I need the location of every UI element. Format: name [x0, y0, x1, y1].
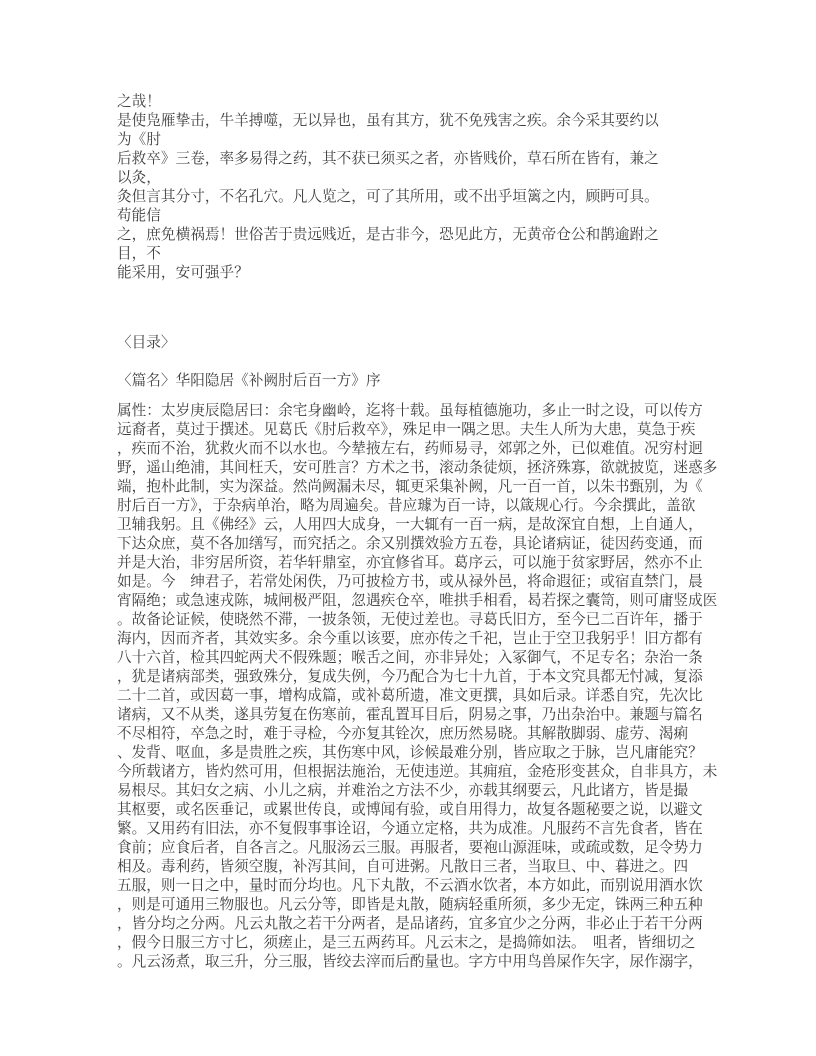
text-line: 灸但言其分寸，不名孔穴。凡人览之，可了其所用，或不出乎垣篱之内，顾眄可具。: [117, 188, 659, 207]
text-line: 其枢要，或名医垂记，或累世传良，或博闻有验，或自用得力，故复各题秘要之说，以避文: [117, 801, 717, 820]
text-line: 卫辅我躬。且《佛经》云，人用四大成身，一大辄有一百一病，是故深宜自想，上自通人，: [117, 516, 717, 535]
section-title-text: 〈篇名〉华阳隐居《补阙肘后百一方》序: [117, 372, 381, 391]
text-line: 以灸，: [117, 169, 659, 188]
text-line: 能采用，安可强乎？: [117, 264, 659, 283]
text-line: 易根尽。其妇女之病、小儿之病，并难治之方法不少，亦载其纲要云，凡此诸方，皆是撮: [117, 782, 717, 801]
text-line: 宵隔绝；或急速戎陈，城闸极严阻，忽遇疾仓卒，唯拱手相看，曷若探之囊笥，则可庸竖成…: [117, 592, 717, 611]
text-line: 。凡云汤煮，取三升，分三服，皆绞去滓而后酌量也。字方中用鸟兽屎作矢字，尿作溺字，: [117, 953, 717, 972]
text-line: 相及。毒利药，皆须空腹，补泻其间，自可进粥。凡散日三者，当取旦、中、暮进之。四: [117, 858, 717, 877]
text-line: 下达众庶，莫不各加缮写，而究括之。余又别撰效验方五卷，具论诸病证，徒因药变通，而: [117, 535, 717, 554]
text-line: 为《肘: [117, 131, 659, 150]
text-line: 是使凫雁挚击，牛羊搏噬，无以异也，虽有其方，犹不免残害之疾。余今采其要约以: [117, 112, 659, 131]
text-line: ，假今日服三方寸匕，须瘥止，是三五两药耳。凡云末之，是捣筛如法。 咀者，皆细切之: [117, 934, 717, 953]
text-line: 今所载诸方，皆灼然可用，但根据法施治，无使违逆。其痈疽，金疮形变甚众，自非具方，…: [117, 763, 717, 782]
text-line: 不尽相符，卒急之时，难于寻检，今亦复其铨次，庶历然易晓。其解散脚弱、虚劳、渴痢: [117, 725, 717, 744]
text-line: 繁。又用药有旧法，亦不复假事事诠诏，今通立定格，共为成准。凡服药不言先食者，皆在: [117, 820, 717, 839]
text-line: 远裔者，莫过于撰述。见葛氏《肘后救卒》，殊足申一隅之思。夫生人所为大患，莫急于疾: [117, 421, 717, 440]
document-page: 之哉！ 是使凫雁挚击，牛羊搏噬，无以异也，虽有其方，犹不免残害之疾。余今采其要约…: [0, 0, 816, 1056]
text-line: 二十二首，或因葛一事，增构成篇，或补葛所遗，准文更撰，具如后录。详悉自究，先次比: [117, 687, 717, 706]
toc-marker: 〈目录〉: [117, 334, 176, 353]
text-line: 诸病，又不从类，遂具劳复在伤寒前，霍乱置耳目后，阴易之事，乃出杂治中。兼题与篇名: [117, 706, 717, 725]
text-line: 属性：太岁庚辰隐居曰：余宅身幽岭，迄将十载。虽每植德施功，多止一时之设，可以传方: [117, 402, 717, 421]
text-line: 海内，因而齐者，其效实多。余今重以该要，庶亦传之千祀，岂止于空卫我躬乎！旧方都有: [117, 630, 717, 649]
text-line: 八十六首，检其四蛇两犬不假殊题；喉舌之间，亦非异处；入冢御气，不足专名；杂治一条: [117, 649, 717, 668]
text-line: 五服，则一日之中，量时而分均也。凡下丸散，不云酒水饮者，本方如此，而别说用酒水饮: [117, 877, 717, 896]
text-line: 端，抱朴此制，实为深益。然尚阙漏未尽，辄更采集补阙，凡一百一首，以朱书甄别，为《: [117, 478, 717, 497]
body-paragraph: 属性：太岁庚辰隐居曰：余宅身幽岭，迄将十载。虽每植德施功，多止一时之设，可以传方…: [117, 402, 717, 972]
text-line: ，犹是诸病部类，强致殊分，复成失例，今乃配合为七十九首，于本文究具都无忖减，复添: [117, 668, 717, 687]
text-line: 食前；应食后者，自各言之。凡服汤云三服。再服者，要袍山源涯味，或疏或数，足令势力: [117, 839, 717, 858]
text-line: 如是。今 绅君子，若常处闲佚，乃可披检方书，或从禄外邑，将命遐征；或宿直禁门，晨: [117, 573, 717, 592]
toc-label: 〈目录〉: [117, 334, 176, 353]
text-line: 。故备论证候，使晓然不滞，一披条领，无使过差也。寻葛氏旧方，至今已二百许年，播于: [117, 611, 717, 630]
text-line: ，则是可通用三物服也。凡云分等，即皆是丸散，随病轻重所须，多少无定，铢两三种五种: [117, 896, 717, 915]
text-line: 、发背、呕血，多是贵胜之疾，其伤寒中风，诊候最难分别，皆应取之于脉，岂凡庸能究？: [117, 744, 717, 763]
text-line: 肘后百一方》，于杂病单治，略为周遍矣。昔应璩为百一诗，以箴规心行。今余撰此，盖欲: [117, 497, 717, 516]
text-line: 苟能信: [117, 207, 659, 226]
text-line: 之哉！: [117, 93, 659, 112]
intro-paragraph: 之哉！ 是使凫雁挚击，牛羊搏噬，无以异也，虽有其方，犹不免残害之疾。余今采其要约…: [117, 93, 659, 283]
text-line: 后救卒》三卷，率多易得之药，其不获已须买之者，亦皆贱价，草石所在皆有，兼之: [117, 150, 659, 169]
text-line: 并是大治，非穷居所资，若华轩鼎室，亦宜修省耳。葛序云，可以施于贫家野居，然亦不止: [117, 554, 717, 573]
text-line: 之，庶免横祸焉！世俗苦于贵远贱近，是古非今，恐见此方，无黄帝仓公和鹊逾跗之: [117, 226, 659, 245]
text-line: 目，不: [117, 245, 659, 264]
section-title: 〈篇名〉华阳隐居《补阙肘后百一方》序: [117, 372, 381, 391]
text-line: ，皆分均之分两。凡云丸散之若干分两者，是品诸药，宜多宜少之分两，非必止于若干分两: [117, 915, 717, 934]
text-line: ，疾而不治，犹救火而不以水也。今辇掖左右，药师易寻，郊郭之外，已似难值。况穷村迥: [117, 440, 717, 459]
text-line: 野，遥山绝浦，其间枉夭，安可胜言？方术之书，滚动条徒烦，拯济殊寡，欲就披览，迷惑…: [117, 459, 717, 478]
